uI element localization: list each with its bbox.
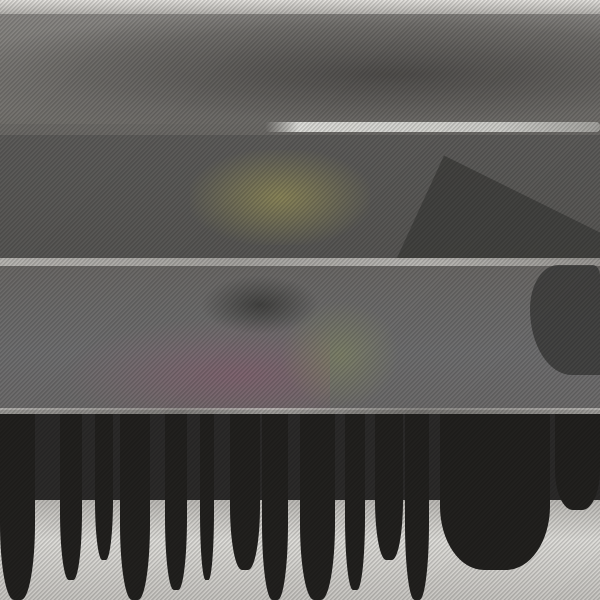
top-white-edge [0, 0, 600, 14]
paint-drip [120, 410, 150, 600]
paint-drip [230, 410, 260, 570]
paint-drip [0, 410, 35, 600]
paint-drip [405, 410, 429, 600]
paint-drip [165, 410, 187, 590]
paint-drip [345, 410, 365, 590]
paint-drip [300, 410, 335, 600]
yellow-paint-wash [190, 150, 370, 245]
paint-drip [375, 410, 403, 560]
white-paint-streak [265, 122, 600, 132]
paint-drip [555, 410, 600, 510]
painting-canvas: Abstract acrylic painting on textured ca… [0, 0, 600, 600]
white-drip-edge [0, 258, 600, 266]
lower-white-edge [0, 408, 600, 414]
upper-grey-band [0, 14, 600, 124]
paint-drip [440, 410, 550, 570]
green-paint-wash [280, 300, 400, 410]
paint-drip [95, 410, 113, 560]
paint-drip [60, 410, 82, 580]
paint-drip [262, 410, 288, 600]
paint-drip [200, 410, 214, 580]
